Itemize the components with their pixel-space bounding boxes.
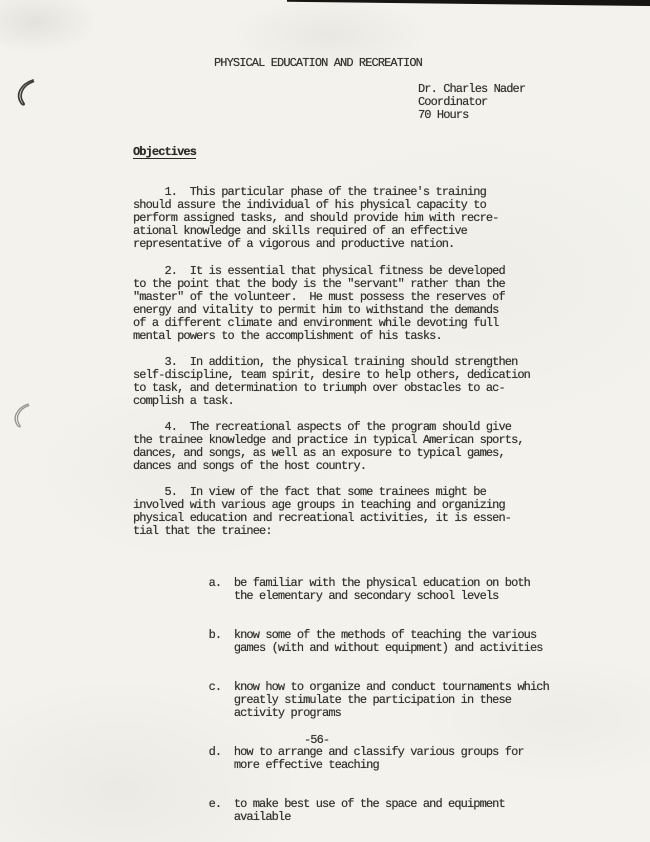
paragraph-3: 3. In addition, the physical training sh…	[133, 356, 530, 408]
list-item-a: a. be familiar with the physical educati…	[133, 577, 549, 603]
scanner-edge-artifact	[287, 0, 650, 6]
objectives-sublist: a. be familiar with the physical educati…	[133, 551, 549, 842]
paragraph-4: 4. The recreational aspects of the progr…	[133, 421, 524, 473]
section-heading-objectives: Objectives	[133, 146, 196, 159]
pen-mark-icon	[9, 401, 33, 430]
document-page: PHYSICAL EDUCATION AND RECREATION Dr. Ch…	[0, 0, 650, 842]
paragraph-5: 5. In view of the fact that some trainee…	[133, 486, 511, 538]
list-item-d: d. how to arrange and classify various g…	[133, 746, 549, 772]
paragraph-2: 2. It is essential that physical fitness…	[133, 265, 505, 343]
list-item-b: b. know some of the methods of teaching …	[133, 629, 549, 655]
paragraph-1: 1. This particular phase of the trainee'…	[133, 186, 498, 251]
page-number: -56-	[304, 734, 329, 747]
pen-mark-icon	[12, 77, 38, 109]
list-item-c: c. know how to organize and conduct tour…	[133, 681, 549, 720]
course-hours: 70 Hours	[418, 109, 468, 122]
list-item-e: e. to make best use of the space and equ…	[133, 798, 549, 824]
document-title: PHYSICAL EDUCATION AND RECREATION	[214, 57, 422, 70]
